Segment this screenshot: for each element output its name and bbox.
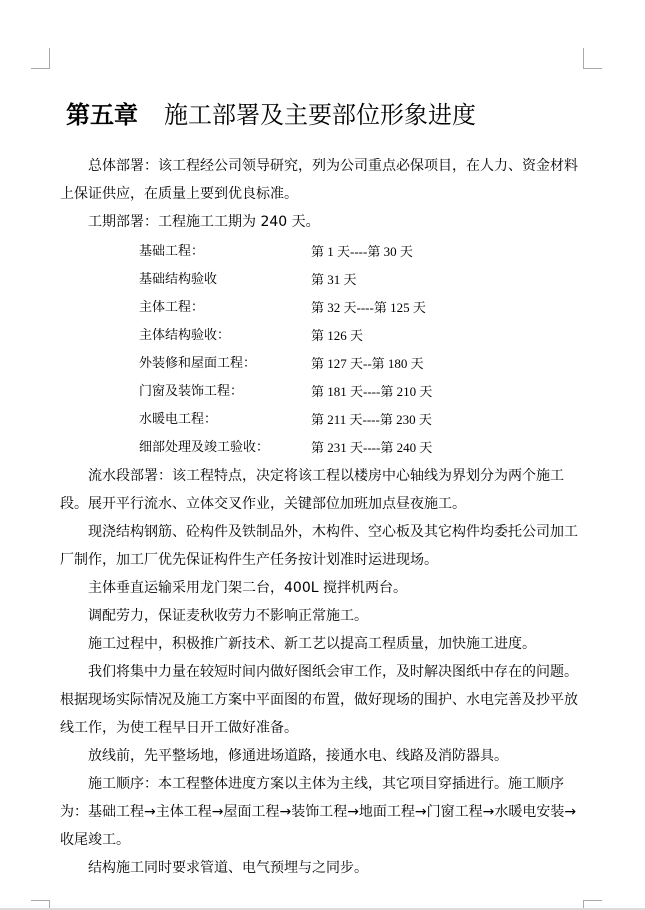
schedule-task: 水暖电工程： <box>139 406 217 434</box>
schedule-task: 基础工程： <box>139 238 204 266</box>
paragraph-new-tech: 施工过程中，积极推广新技术、新工艺以提高工程质量，加快施工进度。 <box>60 630 588 658</box>
paragraph-schedule-deployment: 工期部署：工程施工工期为 240 天。 <box>60 208 588 236</box>
margin-corner-top-left <box>31 48 50 69</box>
margin-corner-top-right <box>583 48 602 69</box>
schedule-days: 第 126 天 <box>311 322 363 350</box>
paragraph-labor: 调配劳力，保证麦秋收劳力不影响正常施工。 <box>60 602 588 630</box>
paragraph-vertical-transport: 主体垂直运输采用龙门架二台，400L 搅拌机两台。 <box>60 574 588 602</box>
paragraph-overall-deployment: 总体部署：该工程经公司领导研究，列为公司重点必保项目，在人力、资金材料上保证供应… <box>60 152 588 208</box>
schedule-task: 细部处理及竣工验收： <box>139 434 269 462</box>
paragraph-flow-section: 流水段部署：该工程特点，决定将该工程以楼房中心轴线为界划分为两个施工段。展开平行… <box>60 462 588 518</box>
paragraph-drawing-review: 我们将集中力量在较短时间内做好图纸会审工作，及时解决图纸中存在的问题。根据现场实… <box>60 658 588 742</box>
chapter-number: 第五章 <box>66 101 138 129</box>
schedule-days: 第 231 天----第 240 天 <box>311 434 432 462</box>
document-page: 第五章施工部署及主要部位形象进度 总体部署：该工程经公司领导研究，列为公司重点必… <box>0 0 645 908</box>
schedule-days: 第 1 天----第 30 天 <box>311 238 413 266</box>
paragraph-site-prep: 放线前，先平整场地，修通进场道路，接通水电、线路及消防器具。 <box>60 742 588 770</box>
schedule-days: 第 31 天 <box>311 266 357 294</box>
schedule-days: 第 211 天----第 230 天 <box>311 406 432 434</box>
schedule-task: 主体结构验收： <box>139 322 230 350</box>
intro-paragraphs: 总体部署：该工程经公司领导研究，列为公司重点必保项目，在人力、资金材料上保证供应… <box>60 152 588 236</box>
body-paragraphs: 流水段部署：该工程特点，决定将该工程以楼房中心轴线为界划分为两个施工段。展开平行… <box>60 462 588 882</box>
schedule-days: 第 127 天--第 180 天 <box>311 350 424 378</box>
paragraph-embedded-pipes: 结构施工同时要求管道、电气预埋与之同步。 <box>60 854 588 882</box>
paragraph-construction-sequence: 施工顺序：本工程整体进度方案以主体为主线，其它项目穿插进行。施工顺序为：基础工程… <box>60 770 588 854</box>
schedule-days: 第 32 天----第 125 天 <box>311 294 426 322</box>
schedule-task: 门窗及装饰工程： <box>139 378 243 406</box>
schedule-task: 外装修和屋面工程： <box>139 350 256 378</box>
schedule-days: 第 181 天----第 210 天 <box>311 378 432 406</box>
schedule-task: 基础结构验收 <box>139 266 217 294</box>
chapter-title: 施工部署及主要部位形象进度 <box>164 101 476 129</box>
schedule-task: 主体工程： <box>139 294 204 322</box>
paragraph-prefab-components: 现浇结构钢筋、砼构件及铁制品外，木构件、空心板及其它构件均委托公司加工厂制作，加… <box>60 518 588 574</box>
chapter-heading: 第五章施工部署及主要部位形象进度 <box>66 95 476 130</box>
